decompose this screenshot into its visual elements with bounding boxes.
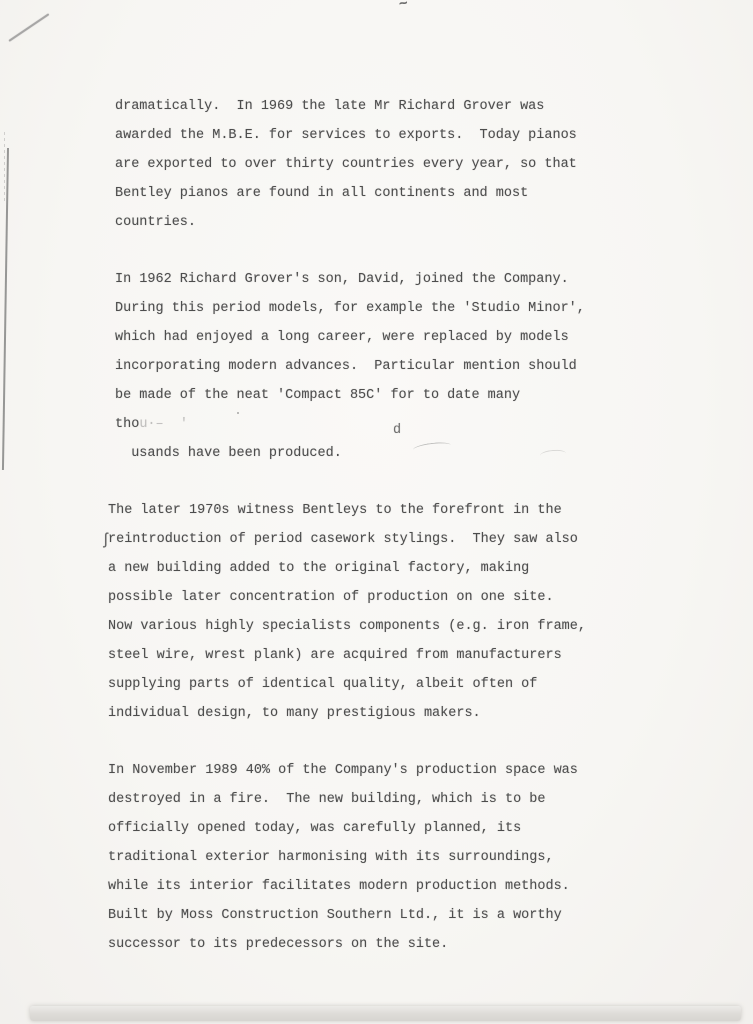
text-line: possible later concentration of producti…: [108, 583, 753, 612]
text-line: countries.: [115, 208, 753, 237]
text-line: dramatically. In 1969 the late Mr Richar…: [115, 92, 753, 121]
text-line: are exported to over thirty countries ev…: [115, 150, 753, 179]
text-line: ʃreintroduction of period casework styli…: [108, 525, 753, 554]
text-line: individual design, to many prestigious m…: [108, 699, 753, 728]
text-line: awarded the M.B.E. for services to expor…: [115, 121, 753, 150]
ink-speck: [237, 412, 239, 414]
text-line: supplying parts of identical quality, al…: [108, 670, 753, 699]
text-line: Now various highly specialists component…: [108, 612, 753, 641]
text-line: In 1962 Richard Grover's son, David, joi…: [115, 265, 753, 294]
paragraph: The later 1970s witness Bentleys to the …: [108, 496, 753, 728]
text-line: be made of the neat 'Compact 85C' for to…: [115, 381, 753, 410]
typewritten-text-block: dramatically. In 1969 the late Mr Richar…: [0, 0, 753, 987]
handwritten-insertion-mark: ʃ: [101, 526, 111, 555]
paragraph: dramatically. In 1969 the late Mr Richar…: [115, 92, 753, 237]
text-line: a new building added to the original fac…: [108, 554, 753, 583]
faded-text-fragment: u·– ': [139, 417, 188, 432]
scanned-document-page: ~ dramatically. In 1969 the late Mr Rich…: [0, 0, 753, 1024]
bottom-scanner-shadow-bar: [30, 1006, 741, 1021]
text-line: successor to its predecessors on the sit…: [108, 930, 753, 959]
paragraph: In November 1989 40% of the Company's pr…: [108, 756, 753, 959]
text-line: while its interior facilitates modern pr…: [108, 872, 753, 901]
text-line: thou·– 'd: [115, 410, 753, 439]
text-line: which had enjoyed a long career, were re…: [115, 323, 753, 352]
paragraph: In 1962 Richard Grover's son, David, joi…: [115, 265, 753, 468]
text-line: Bentley pianos are found in all continen…: [115, 179, 753, 208]
text-fragment: tho: [115, 417, 139, 432]
overtyped-stray-character: d: [393, 416, 401, 445]
text-line: The later 1970s witness Bentleys to the …: [108, 496, 753, 525]
text-line: incorporating modern advances. Particula…: [115, 352, 753, 381]
text-line: Built by Moss Construction Southern Ltd.…: [108, 901, 753, 930]
text-line: During this period models, for example t…: [115, 294, 753, 323]
text-line: steel wire, wrest plank) are acquired fr…: [108, 641, 753, 670]
text-line: destroyed in a fire. The new building, w…: [108, 785, 753, 814]
text-line: officially opened today, was carefully p…: [108, 814, 753, 843]
text-line: traditional exterior harmonising with it…: [108, 843, 753, 872]
text-line: In November 1989 40% of the Company's pr…: [108, 756, 753, 785]
